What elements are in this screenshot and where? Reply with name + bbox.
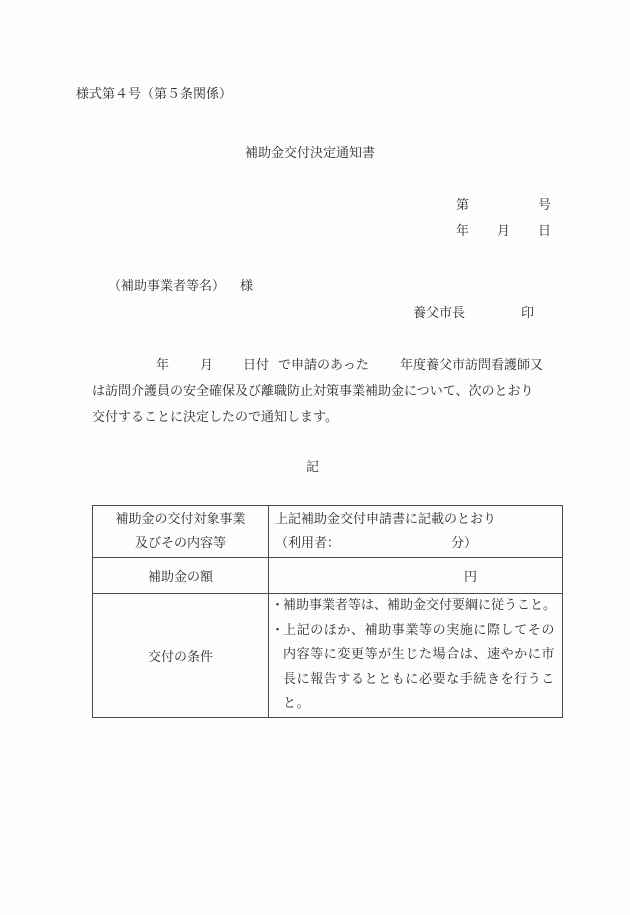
grant-conditions-cell: ・ 補助事業者等は、補助金交付要綱に従うこと。 ・ 上記のほか、補助事業等の実施… — [269, 594, 563, 718]
target-project-label-line-1: 補助金の交付対象事業 — [93, 508, 268, 532]
body-application-text: で申請のあった — [278, 359, 369, 372]
body-fiscal-year-text: 年度養父市訪問看護師又 — [400, 359, 543, 372]
addressee-honorific: 様 — [240, 280, 253, 293]
user-count-prefix: （利用者： — [275, 536, 340, 551]
date-month-label: 月 — [497, 225, 510, 238]
body-paragraph-line-3: 交付することに決定したので通知します。 — [92, 411, 338, 424]
table-row-target-project: 補助金の交付対象事業 及びその内容等 上記補助金交付申請書に記載のとおり （利用… — [93, 506, 563, 558]
body-year-label: 年 — [156, 359, 169, 372]
seal-mark: 印 — [521, 307, 534, 320]
table-row-grant-amount: 補助金の額 円 — [93, 558, 563, 594]
date-year-label: 年 — [456, 225, 469, 238]
condition-item: ・ 上記のほか、補助事業等の実施に際してその内容等に変更等が生じた場合は、速やか… — [271, 619, 558, 717]
reference-number-suffix: 号 — [538, 199, 551, 212]
addressee-name: （補助事業者等名） — [108, 280, 225, 293]
grant-details-table: 補助金の交付対象事業 及びその内容等 上記補助金交付申請書に記載のとおり （利用… — [92, 505, 563, 718]
ki-heading: 記 — [306, 461, 319, 474]
conditions-list: ・ 補助事業者等は、補助金交付要綱に従うこと。 ・ 上記のほか、補助事業等の実施… — [269, 594, 562, 717]
condition-text: 上記のほか、補助事業等の実施に際してその内容等に変更等が生じた場合は、速やかに市… — [283, 619, 558, 717]
date-day-label: 日 — [538, 225, 551, 238]
body-month-label: 月 — [200, 359, 213, 372]
document-title: 補助金交付決定通知書 — [245, 147, 375, 160]
target-project-value-cell: 上記補助金交付申請書に記載のとおり （利用者：分） — [269, 506, 563, 558]
bullet-icon: ・ — [271, 619, 283, 717]
bullet-icon: ・ — [271, 594, 283, 619]
target-project-value-line: 上記補助金交付申請書に記載のとおり — [275, 508, 562, 532]
grant-amount-value: 円 — [269, 558, 563, 594]
body-paragraph-line-2: は訪問介護員の安全確保及び離職防止対策事業補助金について、次のとおり — [92, 385, 533, 398]
reference-number-prefix: 第 — [456, 199, 469, 212]
target-project-label-cell: 補助金の交付対象事業 及びその内容等 — [93, 506, 269, 558]
user-count-suffix: 分） — [451, 532, 477, 556]
condition-text: 補助事業者等は、補助金交付要綱に従うこと。 — [283, 594, 556, 619]
table-row-grant-conditions: 交付の条件 ・ 補助事業者等は、補助金交付要綱に従うこと。 ・ 上記のほか、補助… — [93, 594, 563, 718]
user-count-line: （利用者：分） — [275, 532, 562, 556]
target-project-label-line-2: 及びその内容等 — [93, 532, 268, 556]
grant-amount-label: 補助金の額 — [93, 558, 269, 594]
form-number: 様式第４号（第５条関係） — [76, 88, 232, 101]
body-paragraph-line-1: 年 月 日付 で申請のあった 年度養父市訪問看護師又 — [92, 359, 562, 373]
issuer-title: 養父市長 — [413, 307, 465, 320]
body-day-label: 日付 — [243, 359, 269, 372]
condition-item: ・ 補助事業者等は、補助金交付要綱に従うこと。 — [271, 594, 558, 619]
grant-conditions-label: 交付の条件 — [93, 594, 269, 718]
